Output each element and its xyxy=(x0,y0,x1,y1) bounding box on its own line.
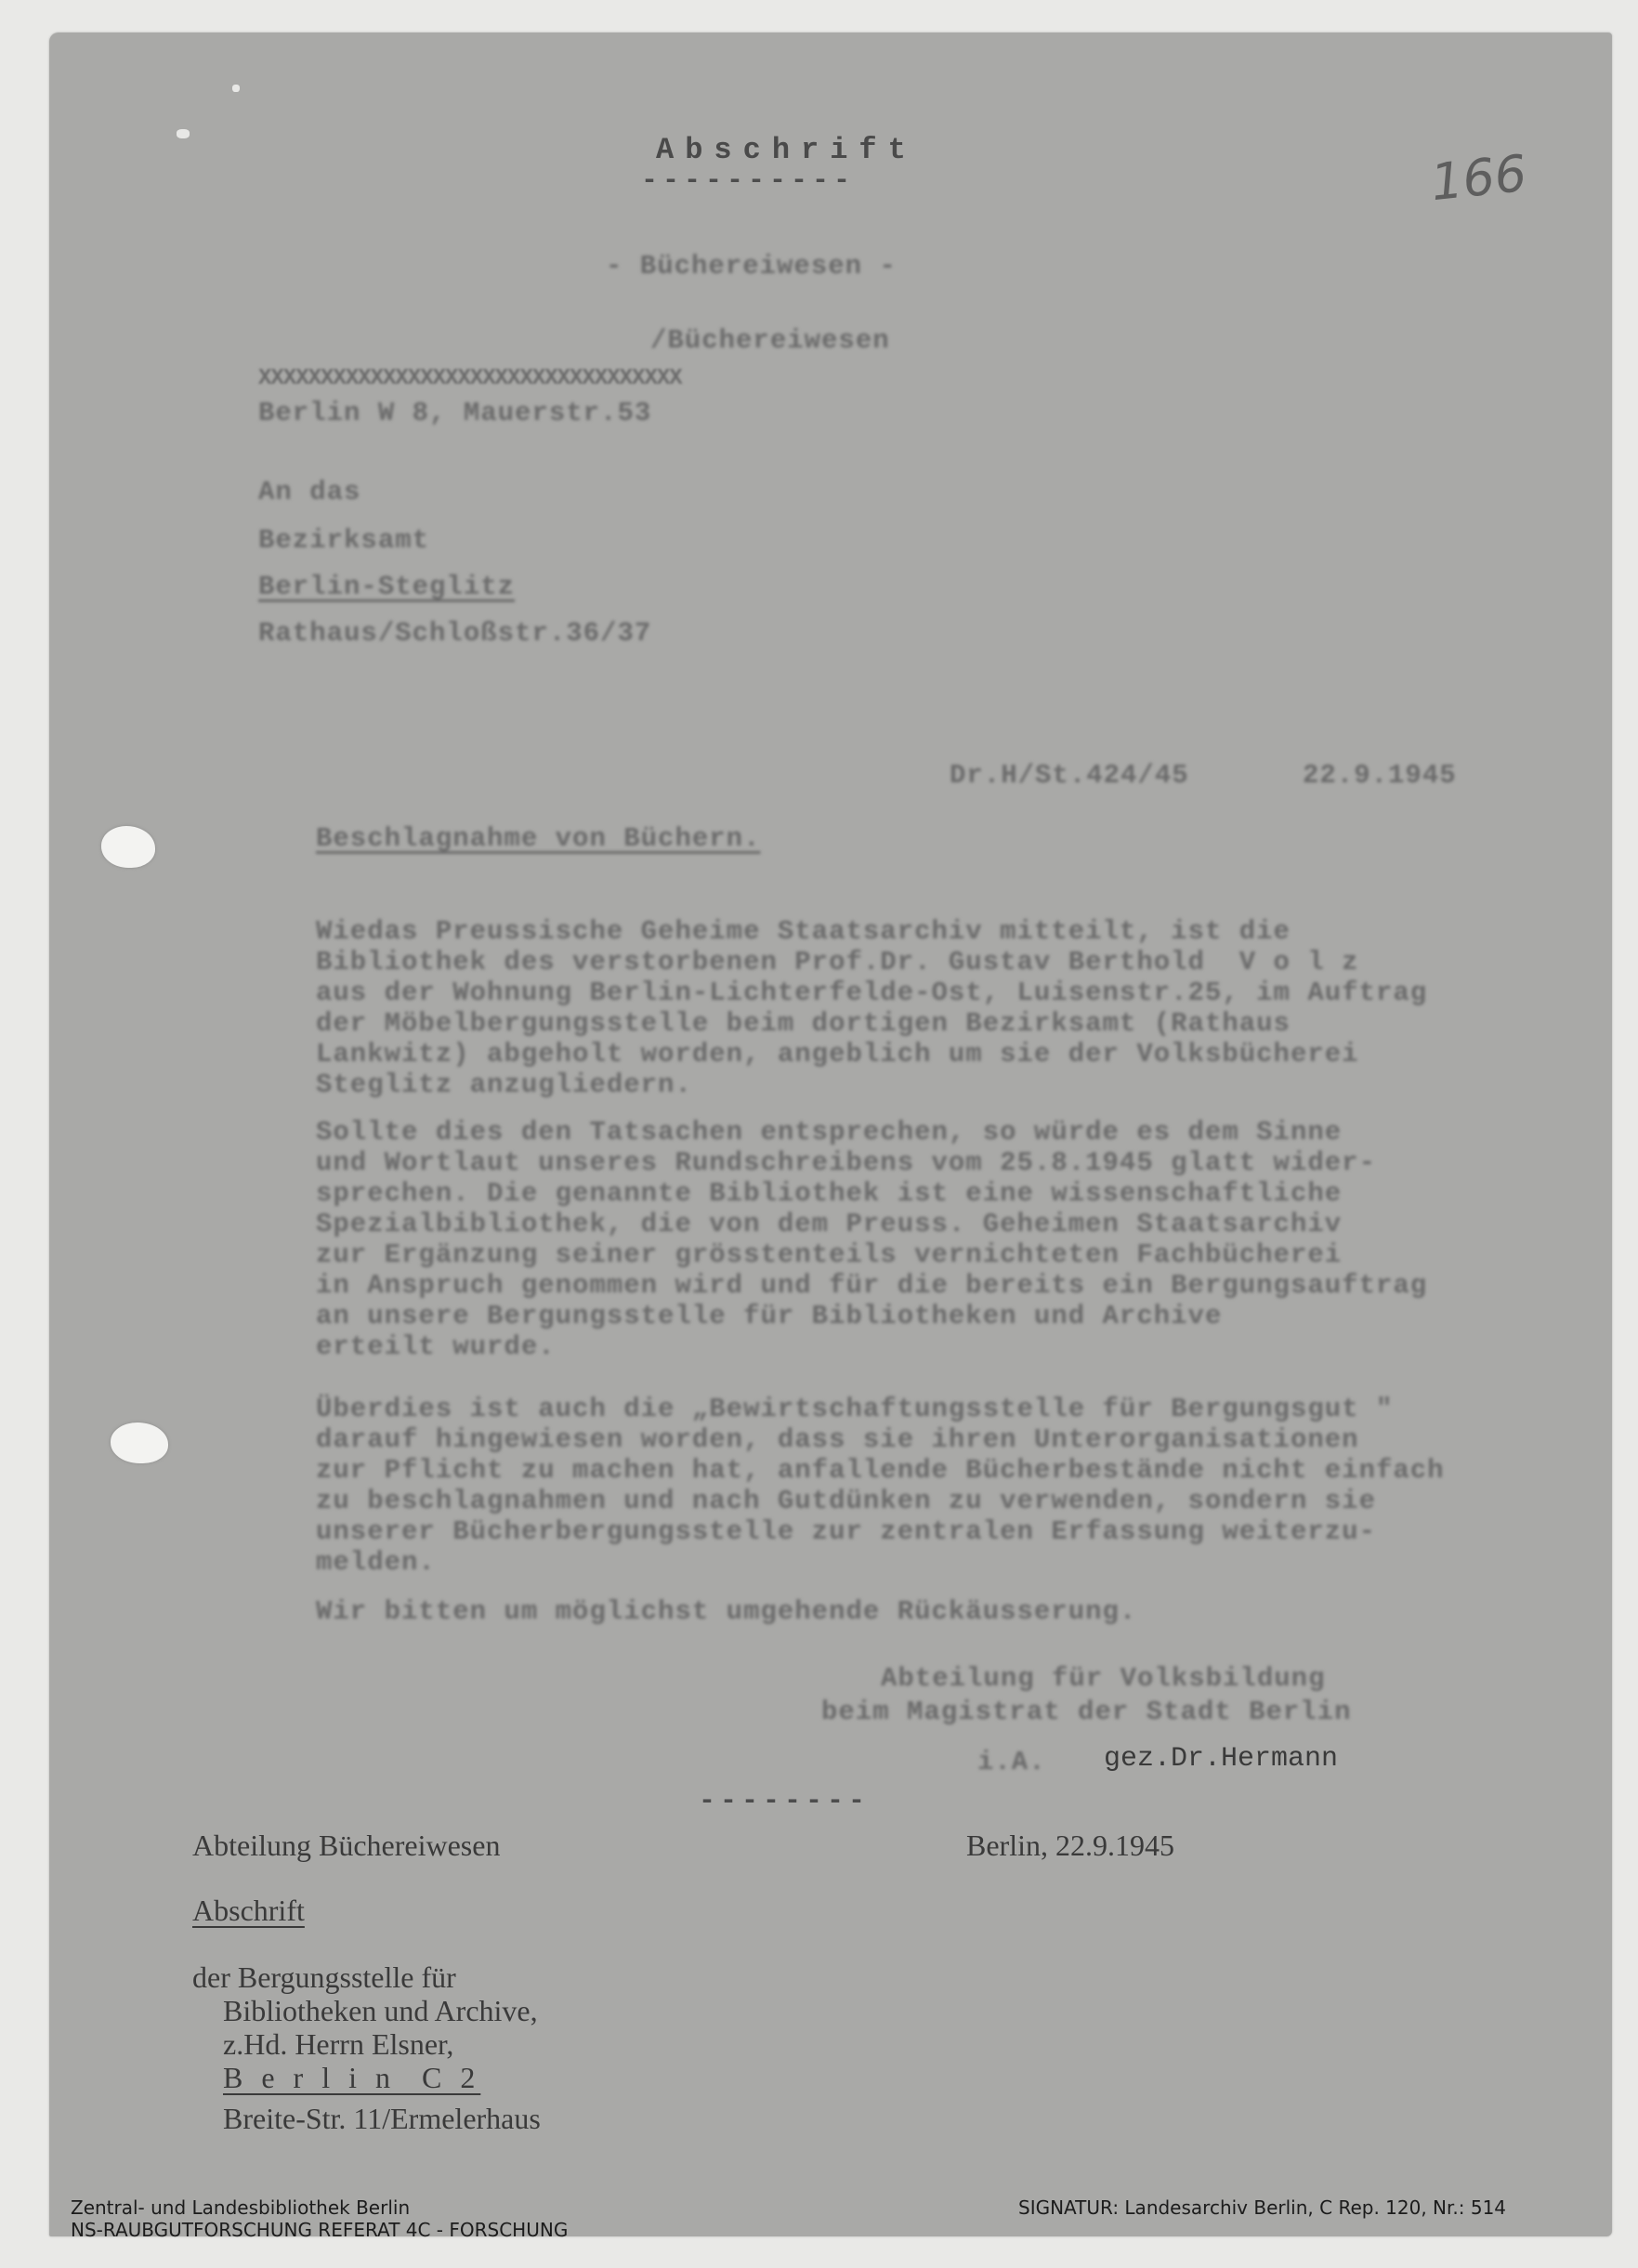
punch-hole-lower xyxy=(111,1422,168,1463)
body-paragraph-1: Wiedas Preussische Geheime Staatsarchiv … xyxy=(316,916,1427,1100)
punch-hole-upper xyxy=(101,826,155,868)
copy-place-date: Berlin, 22.9.1945 xyxy=(966,1829,1174,1863)
copy-recipient-line-2: Bibliotheken und Archive, xyxy=(223,1994,538,2028)
letter-date: 22.9.1945 xyxy=(1303,760,1457,791)
heading-underline: ---------- xyxy=(641,165,855,197)
body-paragraph-2: Sollte dies den Tatsachen entsprechen, s… xyxy=(316,1117,1427,1362)
recipient-line-2: Bezirksamt xyxy=(258,525,429,556)
signature-name: gez.Dr.Hermann xyxy=(1104,1743,1338,1775)
paper-blemish xyxy=(232,85,240,92)
subject-line: Beschlagnahme von Büchern. xyxy=(316,823,760,854)
copy-recipient-line-3: z.Hd. Herrn Elsner, xyxy=(223,2027,453,2062)
footer-institution-line-1: Zentral- und Landesbibliothek Berlin xyxy=(71,2196,410,2219)
folio-number: 166 xyxy=(1428,144,1529,212)
body-paragraph-3: Überdies ist auch die „Bewirtschaftungss… xyxy=(316,1394,1445,1578)
footer-institution-line-2: NS-RAUBGUTFORSCHUNG REFERAT 4C - FORSCHU… xyxy=(71,2219,568,2241)
reference-number: Dr.H/St.424/45 xyxy=(950,760,1189,791)
body-paragraph-4: Wir bitten um möglichst umgehende Rückäu… xyxy=(316,1596,1136,1627)
copy-heading: Abschrift xyxy=(192,1894,305,1928)
heading-abschrift: Abschrift xyxy=(656,133,917,167)
copy-recipient-line-4: B e r l i n C 2 xyxy=(223,2061,480,2095)
signature-line-2: beim Magistrat der Stadt Berlin xyxy=(821,1697,1352,1727)
signature-line-1: Abteilung für Volksbildung xyxy=(881,1663,1325,1694)
copy-department: Abteilung Büchereiwesen xyxy=(192,1829,500,1863)
section-separator: -------- xyxy=(699,1786,870,1817)
copy-recipient-line-1: der Bergungsstelle für xyxy=(192,1960,456,1995)
signature-prefix: i.A. xyxy=(977,1747,1046,1777)
paper-blemish xyxy=(177,129,190,138)
sender-address: Berlin W 8, Mauerstr.53 xyxy=(258,398,651,428)
department-line: - Büchereiwesen - xyxy=(606,251,897,282)
sender-reference: /Büchereiwesen xyxy=(650,325,890,356)
struck-out-line: XXXXXXXXXXXXXXXXXXXXXXXXXXXXXXXXXX xyxy=(258,366,682,391)
footer-signature: SIGNATUR: Landesarchiv Berlin, C Rep. 12… xyxy=(1018,2196,1506,2219)
copy-recipient-line-5: Breite-Str. 11/Ermelerhaus xyxy=(223,2102,541,2136)
footer-institution: Zentral- und Landesbibliothek Berlin NS-… xyxy=(71,2196,568,2241)
recipient-line-4: Rathaus/Schloßstr.36/37 xyxy=(258,618,651,649)
recipient-line-1: An das xyxy=(258,477,360,507)
recipient-line-3: Berlin-Steglitz xyxy=(258,571,515,602)
